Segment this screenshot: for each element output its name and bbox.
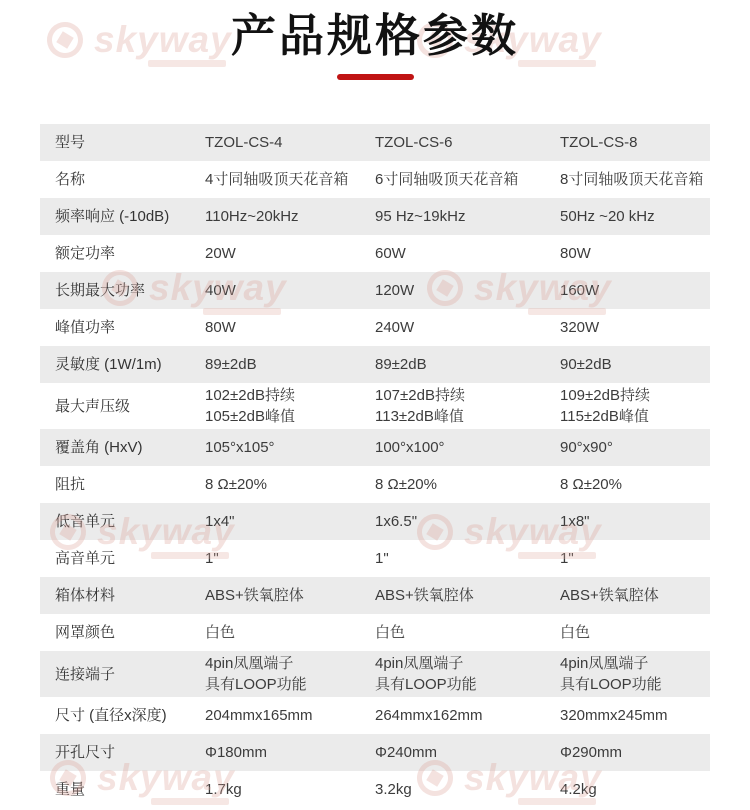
spec-label: 尺寸 (直径x深度)	[55, 705, 205, 726]
spec-value: 90±2dB	[560, 354, 710, 375]
spec-value: 240W	[375, 317, 560, 338]
spec-value: Φ290mm	[560, 742, 710, 763]
spec-value: 110Hz~20kHz	[205, 206, 375, 227]
spec-value: 102±2dB持续 105±2dB峰值	[205, 385, 375, 427]
spec-table: 型号TZOL-CS-4TZOL-CS-6TZOL-CS-8名称4寸同轴吸顶天花音…	[40, 124, 710, 808]
spec-value: 20W	[205, 243, 375, 264]
spec-value: 100°x100°	[375, 437, 560, 458]
spec-value: 4pin凤凰端子 具有LOOP功能	[560, 653, 710, 695]
table-row: 灵敏度 (1W/1m)89±2dB89±2dB90±2dB	[40, 346, 710, 383]
spec-value: 89±2dB	[205, 354, 375, 375]
spec-value: 107±2dB持续 113±2dB峰值	[375, 385, 560, 427]
spec-value: 8 Ω±20%	[205, 474, 375, 495]
spec-value: 320W	[560, 317, 710, 338]
table-row: 额定功率20W60W80W	[40, 235, 710, 272]
spec-value: 3.2kg	[375, 779, 560, 800]
table-row: 长期最大功率40W120W160W	[40, 272, 710, 309]
spec-label: 型号	[55, 132, 205, 153]
spec-value: 4.2kg	[560, 779, 710, 800]
table-row: 尺寸 (直径x深度)204mmx165mm264mmx162mm320mmx24…	[40, 697, 710, 734]
spec-value: 90°x90°	[560, 437, 710, 458]
spec-value: Φ240mm	[375, 742, 560, 763]
spec-label: 长期最大功率	[55, 280, 205, 301]
spec-value: 1x8"	[560, 511, 710, 532]
spec-value: TZOL-CS-6	[375, 132, 560, 153]
spec-value: 1x6.5"	[375, 511, 560, 532]
table-row: 峰值功率80W240W320W	[40, 309, 710, 346]
spec-label: 名称	[55, 169, 205, 190]
spec-value: 160W	[560, 280, 710, 301]
spec-value: ABS+铁氧腔体	[375, 585, 560, 606]
table-row: 覆盖角 (HxV)105°x105°100°x100°90°x90°	[40, 429, 710, 466]
spec-value: 204mmx165mm	[205, 705, 375, 726]
table-row: 型号TZOL-CS-4TZOL-CS-6TZOL-CS-8	[40, 124, 710, 161]
spec-value: 4pin凤凰端子 具有LOOP功能	[375, 653, 560, 695]
spec-label: 网罩颜色	[55, 622, 205, 643]
table-row: 重量1.7kg3.2kg4.2kg	[40, 771, 710, 808]
spec-label: 箱体材料	[55, 585, 205, 606]
title-underline	[337, 74, 414, 80]
spec-value: 80W	[205, 317, 375, 338]
table-row: 连接端子4pin凤凰端子 具有LOOP功能4pin凤凰端子 具有LOOP功能4p…	[40, 651, 710, 697]
spec-label: 重量	[55, 779, 205, 800]
spec-value: 8 Ω±20%	[560, 474, 710, 495]
spec-value: 264mmx162mm	[375, 705, 560, 726]
spec-label: 高音单元	[55, 548, 205, 569]
spec-value: 105°x105°	[205, 437, 375, 458]
spec-value: 8 Ω±20%	[375, 474, 560, 495]
spec-label: 额定功率	[55, 243, 205, 264]
table-row: 网罩颜色白色白色白色	[40, 614, 710, 651]
spec-value: Φ180mm	[205, 742, 375, 763]
spec-value: 109±2dB持续 115±2dB峰值	[560, 385, 710, 427]
spec-label: 峰值功率	[55, 317, 205, 338]
spec-value: 白色	[560, 622, 710, 643]
spec-label: 灵敏度 (1W/1m)	[55, 354, 205, 375]
table-row: 开孔尺寸Φ180mmΦ240mmΦ290mm	[40, 734, 710, 771]
spec-value: 4pin凤凰端子 具有LOOP功能	[205, 653, 375, 695]
spec-value: 8寸同轴吸顶天花音箱	[560, 169, 710, 190]
spec-value: 4寸同轴吸顶天花音箱	[205, 169, 375, 190]
spec-label: 最大声压级	[55, 396, 205, 417]
header: 产品规格参数	[0, 0, 750, 80]
spec-label: 阻抗	[55, 474, 205, 495]
spec-value: 50Hz ~20 kHz	[560, 206, 710, 227]
spec-value: 白色	[375, 622, 560, 643]
table-row: 高音单元1"1"1"	[40, 540, 710, 577]
table-row: 箱体材料ABS+铁氧腔体ABS+铁氧腔体ABS+铁氧腔体	[40, 577, 710, 614]
spec-value: TZOL-CS-4	[205, 132, 375, 153]
spec-value: 89±2dB	[375, 354, 560, 375]
spec-value: 1.7kg	[205, 779, 375, 800]
spec-label: 频率响应 (-10dB)	[55, 206, 205, 227]
spec-value: 1"	[205, 548, 375, 569]
spec-label: 低音单元	[55, 511, 205, 532]
spec-value: 1"	[375, 548, 560, 569]
spec-value: 120W	[375, 280, 560, 301]
table-row: 阻抗8 Ω±20%8 Ω±20%8 Ω±20%	[40, 466, 710, 503]
spec-value: 95 Hz~19kHz	[375, 206, 560, 227]
spec-value: 80W	[560, 243, 710, 264]
spec-value: 1"	[560, 548, 710, 569]
spec-value: 320mmx245mm	[560, 705, 710, 726]
spec-value: TZOL-CS-8	[560, 132, 710, 153]
table-row: 频率响应 (-10dB)110Hz~20kHz95 Hz~19kHz50Hz ~…	[40, 198, 710, 235]
spec-label: 覆盖角 (HxV)	[55, 437, 205, 458]
spec-value: ABS+铁氧腔体	[205, 585, 375, 606]
spec-value: 6寸同轴吸顶天花音箱	[375, 169, 560, 190]
spec-value: 40W	[205, 280, 375, 301]
page: 产品规格参数 型号TZOL-CS-4TZOL-CS-6TZOL-CS-8名称4寸…	[0, 0, 750, 810]
spec-value: 1x4"	[205, 511, 375, 532]
page-title: 产品规格参数	[0, 10, 750, 62]
table-row: 低音单元1x4"1x6.5"1x8"	[40, 503, 710, 540]
spec-value: 白色	[205, 622, 375, 643]
table-row: 名称4寸同轴吸顶天花音箱6寸同轴吸顶天花音箱8寸同轴吸顶天花音箱	[40, 161, 710, 198]
table-row: 最大声压级102±2dB持续 105±2dB峰值107±2dB持续 113±2d…	[40, 383, 710, 429]
spec-label: 开孔尺寸	[55, 742, 205, 763]
spec-value: 60W	[375, 243, 560, 264]
spec-label: 连接端子	[55, 664, 205, 685]
spec-value: ABS+铁氧腔体	[560, 585, 710, 606]
